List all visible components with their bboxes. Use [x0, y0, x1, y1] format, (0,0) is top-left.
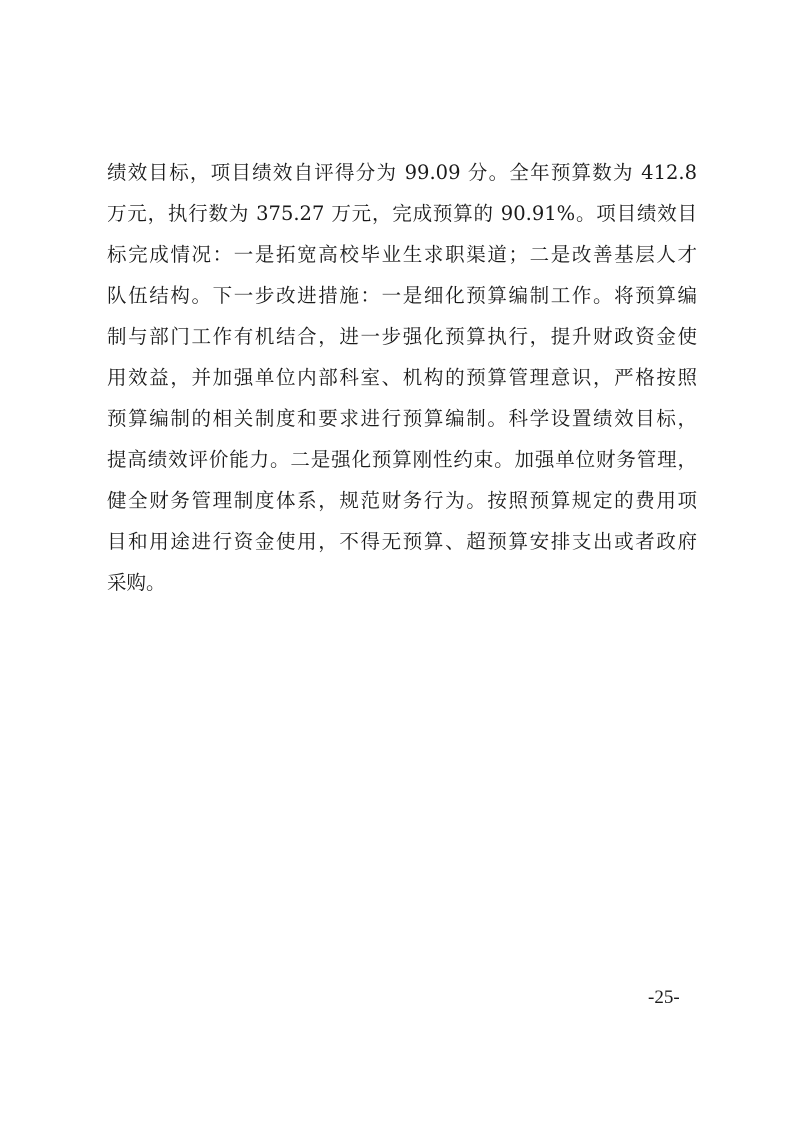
text-line: 目和用途进行资金使用，不得无预算、超预算安排支出或者政府	[107, 521, 697, 562]
text-line: 用效益，并加强单位内部科室、机构的预算管理意识，严格按照	[107, 357, 697, 398]
page-number: -25-	[648, 987, 680, 1009]
text-line: 队伍结构。下一步改进措施：一是细化预算编制工作。将预算编	[107, 275, 697, 316]
body-paragraph: 绩效目标，项目绩效自评得分为 99.09 分。全年预算数为 412.8 万元，执…	[107, 152, 697, 603]
text-line: 制与部门工作有机结合，进一步强化预算执行，提升财政资金使	[107, 316, 697, 357]
text-line: 健全财务管理制度体系，规范财务行为。按照预算规定的费用项	[107, 480, 697, 521]
text-line: 标完成情况：一是拓宽高校毕业生求职渠道；二是改善基层人才	[107, 234, 697, 275]
document-page: 绩效目标，项目绩效自评得分为 99.09 分。全年预算数为 412.8 万元，执…	[0, 0, 793, 1122]
text-line: 绩效目标，项目绩效自评得分为 99.09 分。全年预算数为 412.8	[107, 152, 697, 193]
text-line: 提高绩效评价能力。二是强化预算刚性约束。加强单位财务管理，	[107, 439, 697, 480]
text-line: 预算编制的相关制度和要求进行预算编制。科学设置绩效目标，	[107, 398, 697, 439]
text-line: 采购。	[107, 562, 697, 603]
text-line: 万元，执行数为 375.27 万元，完成预算的 90.91%。项目绩效目	[107, 193, 697, 234]
